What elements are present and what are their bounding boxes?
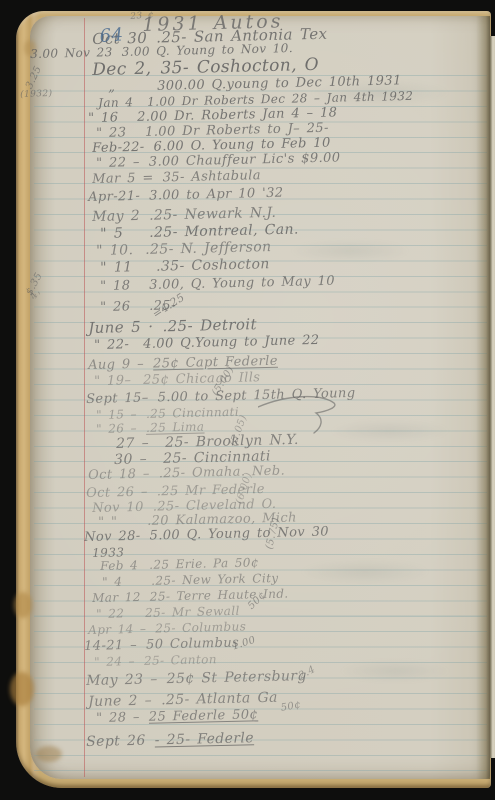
entry-date: " 26 – [96,421,137,436]
ledger-line: " 24 –25- Canton [94,652,217,669]
entry-date: " 15 – [96,407,137,422]
entry-text: .25- Atlanta Ga [161,690,278,709]
entry-text: .25- Newark N.J. [149,205,276,224]
ledger-line: June 5 ·.25- Detroit [88,315,257,337]
ink-showthrough [290,240,410,262]
entry-date: " " [98,514,138,530]
entry-date: 14-21 – [84,638,137,654]
paper-stain [10,672,34,706]
entry-text: 35- Ashtabula [162,168,261,185]
entry-text: 25- Mr Sewall [145,604,240,620]
paper-stain [36,746,62,762]
ink-showthrough [330,420,450,442]
entry-date: " 26 [100,299,140,315]
pen-flourish [258,393,342,437]
entry-date: " 4 [102,574,142,589]
entry-date: 30 – [114,451,154,468]
entry-text: .25- Detroit [162,315,257,335]
entry-date: Apr 14 – [88,622,146,637]
red-margin-line [84,18,85,777]
entry-text: .25- N. Jefferson [145,239,272,258]
entry-date: " 28 – [96,710,140,726]
entry-date: " 22- [94,337,134,353]
page-gutter-crease [476,16,490,779]
entry-date: May 23 – [86,671,158,689]
entry-date: " 19– [94,373,134,389]
entry-text: 3.00 to Apr 10 '32 [149,186,284,204]
entry-text: 25- Canton [144,652,217,668]
entry-date: Nov 28- [84,529,141,545]
entry-date: June 5 · [88,318,154,337]
entry-date: 27 – [116,435,156,452]
entry-date: " 24 – [94,654,135,669]
margin-note: 23 ¢ [130,10,154,22]
entry-date: Mar 12 [92,590,141,605]
entry-date: Aug 9 – [88,357,144,373]
entry-date: Oct 26 – [86,485,148,501]
entry-date: Dec 2, [92,59,152,80]
entry-date: " 10. [96,242,136,259]
entry-date: " 23 [96,125,136,141]
entry-date: Sept 15– [86,391,149,407]
entry-date: June 2 – [88,693,152,710]
margin-note: 64 [99,24,124,47]
entry-text: 25¢ Capt Federle [153,354,278,372]
entry-date: Mar 5 = [92,171,154,187]
entry-text: 25 Federle 50¢ [149,707,259,724]
entry-text: 25- Columbus [155,619,246,635]
entry-text: .25- Montreal, Can. [149,221,299,240]
entry-date: Jan 4 [98,95,138,110]
paper-stain [14,592,32,618]
entry-date: " 18 [100,278,140,294]
entry-date: Apr-21- [88,189,140,205]
ink-showthrough [300,560,430,584]
entry-date: " 22 [96,606,136,621]
entry-date: 3.00 Nov 23 [30,45,113,61]
entry-date: „ [108,79,148,95]
margin-note: (1932) [20,89,53,100]
facing-page-edge [490,36,495,758]
entry-text: .25 Lima [146,420,205,435]
entry-text: .25 Erie. Pa 50¢ [149,555,259,571]
entry-date: Oct 18 – [88,467,150,483]
entry-text: 25¢ St Petersburg [166,668,306,687]
entry-date: Feb 4 [100,558,140,573]
entry-text: 50 Columbus [146,635,239,652]
entry-date: Sept 26 [86,733,146,750]
entry-date: " 16 [88,110,128,126]
entry-text: - 25- Federle [155,730,255,748]
entry-text: .25 Cincinnati [146,405,239,421]
entry-date: May 2 [92,208,140,225]
ink-showthrough [340,660,450,682]
entry-text: .25- Omaha. Neb. [159,464,286,482]
entry-date: Feb-22- [92,140,145,156]
entry-text: .35- Coshocton [149,256,270,275]
photo-backdrop: 1931 Autos Oct 30.25- San Antonia Tex3.0… [0,0,495,800]
entry-date: " 5 [100,225,140,242]
entry-date: " 22 – [96,155,140,171]
entry-text: 25¢ Chicago Ills [143,370,261,388]
entry-text: .25- New York City [151,571,279,588]
entry-date: " 11 [100,259,140,276]
